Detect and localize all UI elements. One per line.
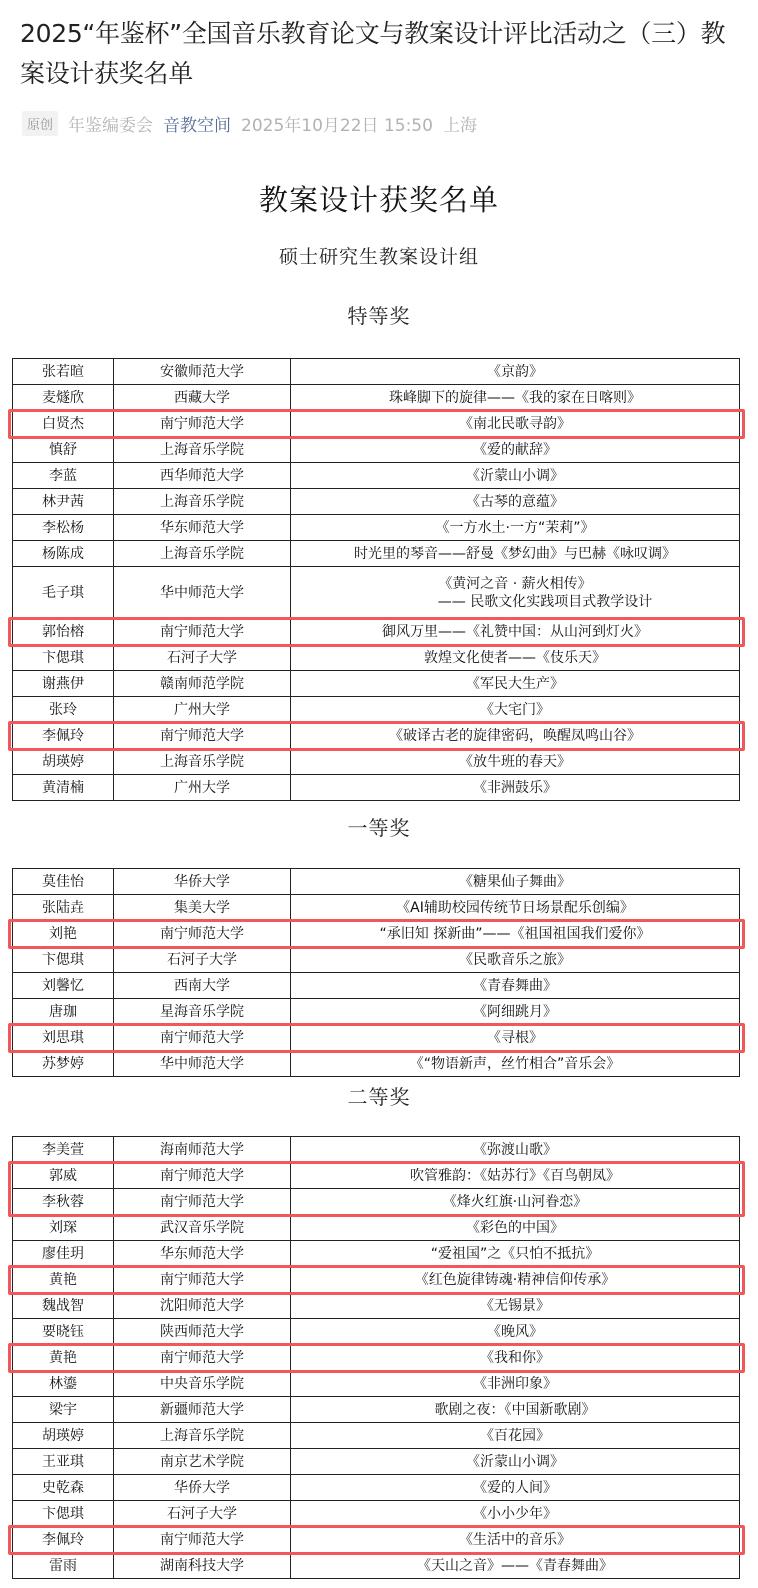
school-name: 海南师范大学 [114, 1137, 291, 1163]
table-row: 白贤杰南宁师范大学《南北民歌寻韵》 [13, 411, 740, 437]
work-title: 时光里的琴音——舒曼《梦幻曲》与巴赫《咏叹调》 [291, 541, 740, 567]
winner-name: 黄清楠 [13, 775, 114, 801]
work-title: “爱祖国”之《只怕不抵抗》 [291, 1241, 740, 1267]
table-row: 李佩玲南宁师范大学《生活中的音乐》 [13, 1527, 740, 1553]
table-row: 要晓钰陕西师范大学《晚风》 [13, 1319, 740, 1345]
winner-name: 卞偲琪 [13, 947, 114, 973]
school-name: 南宁师范大学 [114, 1267, 291, 1293]
school-name: 武汉音乐学院 [114, 1215, 291, 1241]
winner-name: 杨陈成 [13, 541, 114, 567]
table-row: 刘馨忆西南大学《青春舞曲》 [13, 973, 740, 999]
award-title-special: 特等奖 [0, 300, 758, 329]
winner-name: 刘艳 [13, 921, 114, 947]
work-title-line2: —— 民歌文化实践项目式教学设计 [295, 593, 735, 611]
group-title: 硕士研究生教案设计组 [0, 242, 758, 269]
work-title: 《南北民歌寻韵》 [291, 411, 740, 437]
winner-name: 郭威 [13, 1163, 114, 1189]
work-title: 《阿细跳月》 [291, 999, 740, 1025]
school-name: 石河子大学 [114, 645, 291, 671]
work-title: 《百花园》 [291, 1423, 740, 1449]
school-name: 上海音乐学院 [114, 541, 291, 567]
school-name: 西藏大学 [114, 385, 291, 411]
work-title: 《古琴的意蕴》 [291, 489, 740, 515]
table-row: 卞偲琪石河子大学敦煌文化使者——《伎乐天》 [13, 645, 740, 671]
winner-name: 谢燕伊 [13, 671, 114, 697]
winner-name: 胡瑛婷 [13, 1423, 114, 1449]
document-title: 教案设计获奖名单 [0, 178, 758, 219]
winner-name: 李秋蓉 [13, 1189, 114, 1215]
winner-name: 白贤杰 [13, 411, 114, 437]
work-title: 《大宅门》 [291, 697, 740, 723]
table-row: 张若暄安徽师范大学《京韵》 [13, 359, 740, 385]
school-name: 南宁师范大学 [114, 1163, 291, 1189]
awards-table-second: 李美萱海南师范大学《弥渡山歌》郭威南宁师范大学吹管雅韵：《姑苏行》《百鸟朝凤》李… [12, 1136, 740, 1579]
work-title: 《非洲鼓乐》 [291, 775, 740, 801]
table-row: 慎舒上海音乐学院《爱的献辞》 [13, 437, 740, 463]
school-name: 南宁师范大学 [114, 1025, 291, 1051]
school-name: 华东师范大学 [114, 1241, 291, 1267]
winner-name: 廖佳玥 [13, 1241, 114, 1267]
table-row: 张玲广州大学《大宅门》 [13, 697, 740, 723]
school-name: 西华师范大学 [114, 463, 291, 489]
winner-name: 林鎏 [13, 1371, 114, 1397]
work-title: 吹管雅韵：《姑苏行》《百鸟朝凤》 [291, 1163, 740, 1189]
school-name: 南宁师范大学 [114, 1527, 291, 1553]
awards-table-first: 莫佳怡华侨大学《糖果仙子舞曲》张陆垚集美大学《AI辅助校园传统节日场景配乐创编》… [12, 868, 740, 1077]
work-title-line1: 《黄河之音 · 薪火相传》 [295, 575, 735, 593]
winner-name: 慎舒 [13, 437, 114, 463]
table-row: 卞偲琪石河子大学《小小少年》 [13, 1501, 740, 1527]
work-title: 《弥渡山歌》 [291, 1137, 740, 1163]
school-name: 上海音乐学院 [114, 749, 291, 775]
work-title: 珠峰脚下的旋律——《我的家在日喀则》 [291, 385, 740, 411]
work-title: 《AI辅助校园传统节日场景配乐创编》 [291, 895, 740, 921]
school-name: 湖南科技大学 [114, 1553, 291, 1579]
school-name: 广州大学 [114, 775, 291, 801]
school-name: 安徽师范大学 [114, 359, 291, 385]
work-title: 《沂蒙山小调》 [291, 463, 740, 489]
school-name: 西南大学 [114, 973, 291, 999]
table-row: 李美萱海南师范大学《弥渡山歌》 [13, 1137, 740, 1163]
table-row: 胡瑛婷上海音乐学院《百花园》 [13, 1423, 740, 1449]
table-row: 廖佳玥华东师范大学“爱祖国”之《只怕不抵抗》 [13, 1241, 740, 1267]
winner-name: 莫佳怡 [13, 869, 114, 895]
work-title: 《一方水土·一方“茉莉”》 [291, 515, 740, 541]
article-title: 2025“年鉴杯”全国音乐教育论文与教案设计评比活动之（三）教案设计获奖名单 [20, 14, 740, 94]
table-row: 张陆垚集美大学《AI辅助校园传统节日场景配乐创编》 [13, 895, 740, 921]
winner-name: 郭怡榕 [13, 619, 114, 645]
school-name: 上海音乐学院 [114, 1423, 291, 1449]
table-row: 谢燕伊赣南师范学院《军民大生产》 [13, 671, 740, 697]
table-row: 苏梦婷华中师范大学《“物语新声，丝竹相合”音乐会》 [13, 1051, 740, 1077]
winner-name: 张若暄 [13, 359, 114, 385]
school-name: 石河子大学 [114, 1501, 291, 1527]
table-row: 李佩玲南宁师范大学《破译古老的旋律密码，唤醒凤鸣山谷》 [13, 723, 740, 749]
work-title: 《沂蒙山小调》 [291, 1449, 740, 1475]
work-title: 敦煌文化使者——《伎乐天》 [291, 645, 740, 671]
school-name: 华东师范大学 [114, 515, 291, 541]
school-name: 广州大学 [114, 697, 291, 723]
school-name: 赣南师范学院 [114, 671, 291, 697]
publish-location: 上海 [443, 111, 477, 136]
school-name: 南宁师范大学 [114, 411, 291, 437]
winner-name: 魏战智 [13, 1293, 114, 1319]
winner-name: 刘琛 [13, 1215, 114, 1241]
winner-name: 雷雨 [13, 1553, 114, 1579]
article-meta: 原创 年鉴编委会 音教空间 2025年10月22日 15:50 上海 [22, 110, 477, 136]
winner-name: 刘馨忆 [13, 973, 114, 999]
table-row: 李蓝西华师范大学《沂蒙山小调》 [13, 463, 740, 489]
table-row: 莫佳怡华侨大学《糖果仙子舞曲》 [13, 869, 740, 895]
table-row: 麦燧欣西藏大学珠峰脚下的旋律——《我的家在日喀则》 [13, 385, 740, 411]
winner-name: 要晓钰 [13, 1319, 114, 1345]
work-title: 《彩色的中国》 [291, 1215, 740, 1241]
winner-name: 张玲 [13, 697, 114, 723]
table-row: 史乾森华侨大学《爱的人间》 [13, 1475, 740, 1501]
table-row: 黄艳南宁师范大学《红色旋律铸魂·精神信仰传承》 [13, 1267, 740, 1293]
school-name: 集美大学 [114, 895, 291, 921]
table-row: 林尹茜上海音乐学院《古琴的意蕴》 [13, 489, 740, 515]
table-row: 郭威南宁师范大学吹管雅韵：《姑苏行》《百鸟朝凤》 [13, 1163, 740, 1189]
work-title: 《军民大生产》 [291, 671, 740, 697]
winner-name: 黄艳 [13, 1267, 114, 1293]
publish-date: 2025年10月22日 15:50 [241, 111, 433, 136]
winner-name: 唐珈 [13, 999, 114, 1025]
work-title: 《民歌音乐之旅》 [291, 947, 740, 973]
work-title: “承旧知 探新曲”——《祖国祖国我们爱你》 [291, 921, 740, 947]
winner-name: 李佩玲 [13, 1527, 114, 1553]
winner-name: 张陆垚 [13, 895, 114, 921]
winner-name: 刘思琪 [13, 1025, 114, 1051]
table-row: 卞偲琪石河子大学《民歌音乐之旅》 [13, 947, 740, 973]
original-badge: 原创 [22, 111, 58, 136]
winner-name: 李蓝 [13, 463, 114, 489]
table-row: 郭怡榕南宁师范大学御风万里——《礼赞中国：从山河到灯火》 [13, 619, 740, 645]
award-title-second: 二等奖 [0, 1081, 758, 1110]
table-row: 李秋蓉南宁师范大学《烽火红旗·山河眷恋》 [13, 1189, 740, 1215]
work-title: 《生活中的音乐》 [291, 1527, 740, 1553]
account-link[interactable]: 音教空间 [163, 111, 231, 136]
school-name: 华中师范大学 [114, 567, 291, 619]
table-row: 黄清楠广州大学《非洲鼓乐》 [13, 775, 740, 801]
work-title: 《糖果仙子舞曲》 [291, 869, 740, 895]
school-name: 石河子大学 [114, 947, 291, 973]
work-title: 歌剧之夜：《中国新歌剧》 [291, 1397, 740, 1423]
work-title: 《京韵》 [291, 359, 740, 385]
table-row: 刘艳南宁师范大学“承旧知 探新曲”——《祖国祖国我们爱你》 [13, 921, 740, 947]
school-name: 华侨大学 [114, 869, 291, 895]
work-title: 《“物语新声，丝竹相合”音乐会》 [291, 1051, 740, 1077]
school-name: 上海音乐学院 [114, 437, 291, 463]
table-row: 雷雨湖南科技大学《天山之音》——《青春舞曲》 [13, 1553, 740, 1579]
work-title: 《红色旋律铸魂·精神信仰传承》 [291, 1267, 740, 1293]
winner-name: 毛子琪 [13, 567, 114, 619]
work-title: 《黄河之音 · 薪火相传》—— 民歌文化实践项目式教学设计 [291, 567, 740, 619]
table-row: 杨陈成上海音乐学院时光里的琴音——舒曼《梦幻曲》与巴赫《咏叹调》 [13, 541, 740, 567]
school-name: 沈阳师范大学 [114, 1293, 291, 1319]
table-row: 王亚琪南京艺术学院《沂蒙山小调》 [13, 1449, 740, 1475]
winner-name: 李佩玲 [13, 723, 114, 749]
work-title: 《青春舞曲》 [291, 973, 740, 999]
school-name: 华中师范大学 [114, 1051, 291, 1077]
winner-name: 黄艳 [13, 1345, 114, 1371]
work-title: 《破译古老的旋律密码，唤醒凤鸣山谷》 [291, 723, 740, 749]
winner-name: 李美萱 [13, 1137, 114, 1163]
work-title: 《无锡景》 [291, 1293, 740, 1319]
winner-name: 苏梦婷 [13, 1051, 114, 1077]
work-title: 《我和你》 [291, 1345, 740, 1371]
winner-name: 卞偲琪 [13, 1501, 114, 1527]
awards-table-special: 张若暄安徽师范大学《京韵》麦燧欣西藏大学珠峰脚下的旋律——《我的家在日喀则》白贤… [12, 358, 740, 801]
school-name: 中央音乐学院 [114, 1371, 291, 1397]
table-row: 魏战智沈阳师范大学《无锡景》 [13, 1293, 740, 1319]
school-name: 南京艺术学院 [114, 1449, 291, 1475]
work-title: 《寻根》 [291, 1025, 740, 1051]
table-row: 林鎏中央音乐学院《非洲印象》 [13, 1371, 740, 1397]
winner-name: 史乾森 [13, 1475, 114, 1501]
winner-name: 李松杨 [13, 515, 114, 541]
work-title: 《天山之音》——《青春舞曲》 [291, 1553, 740, 1579]
work-title: 《放牛班的春天》 [291, 749, 740, 775]
school-name: 星海音乐学院 [114, 999, 291, 1025]
table-row: 梁宇新疆师范大学歌剧之夜：《中国新歌剧》 [13, 1397, 740, 1423]
school-name: 新疆师范大学 [114, 1397, 291, 1423]
work-title: 《爱的献辞》 [291, 437, 740, 463]
winner-name: 卞偲琪 [13, 645, 114, 671]
author-name: 年鉴编委会 [68, 111, 153, 136]
school-name: 南宁师范大学 [114, 723, 291, 749]
work-title: 《小小少年》 [291, 1501, 740, 1527]
school-name: 南宁师范大学 [114, 921, 291, 947]
school-name: 南宁师范大学 [114, 1345, 291, 1371]
school-name: 华侨大学 [114, 1475, 291, 1501]
table-row: 黄艳南宁师范大学《我和你》 [13, 1345, 740, 1371]
table-row: 刘思琪南宁师范大学《寻根》 [13, 1025, 740, 1051]
table-row: 刘琛武汉音乐学院《彩色的中国》 [13, 1215, 740, 1241]
work-title: 《爱的人间》 [291, 1475, 740, 1501]
school-name: 陕西师范大学 [114, 1319, 291, 1345]
school-name: 南宁师范大学 [114, 1189, 291, 1215]
award-title-first: 一等奖 [0, 812, 758, 841]
table-row: 李松杨华东师范大学《一方水土·一方“茉莉”》 [13, 515, 740, 541]
winner-name: 麦燧欣 [13, 385, 114, 411]
school-name: 南宁师范大学 [114, 619, 291, 645]
winner-name: 王亚琪 [13, 1449, 114, 1475]
table-row: 唐珈星海音乐学院《阿细跳月》 [13, 999, 740, 1025]
winner-name: 胡瑛婷 [13, 749, 114, 775]
work-title: 《非洲印象》 [291, 1371, 740, 1397]
school-name: 上海音乐学院 [114, 489, 291, 515]
winner-name: 梁宇 [13, 1397, 114, 1423]
work-title: 《烽火红旗·山河眷恋》 [291, 1189, 740, 1215]
table-row: 胡瑛婷上海音乐学院《放牛班的春天》 [13, 749, 740, 775]
winner-name: 林尹茜 [13, 489, 114, 515]
table-row: 毛子琪华中师范大学《黄河之音 · 薪火相传》—— 民歌文化实践项目式教学设计 [13, 567, 740, 619]
work-title: 《晚风》 [291, 1319, 740, 1345]
work-title: 御风万里——《礼赞中国：从山河到灯火》 [291, 619, 740, 645]
